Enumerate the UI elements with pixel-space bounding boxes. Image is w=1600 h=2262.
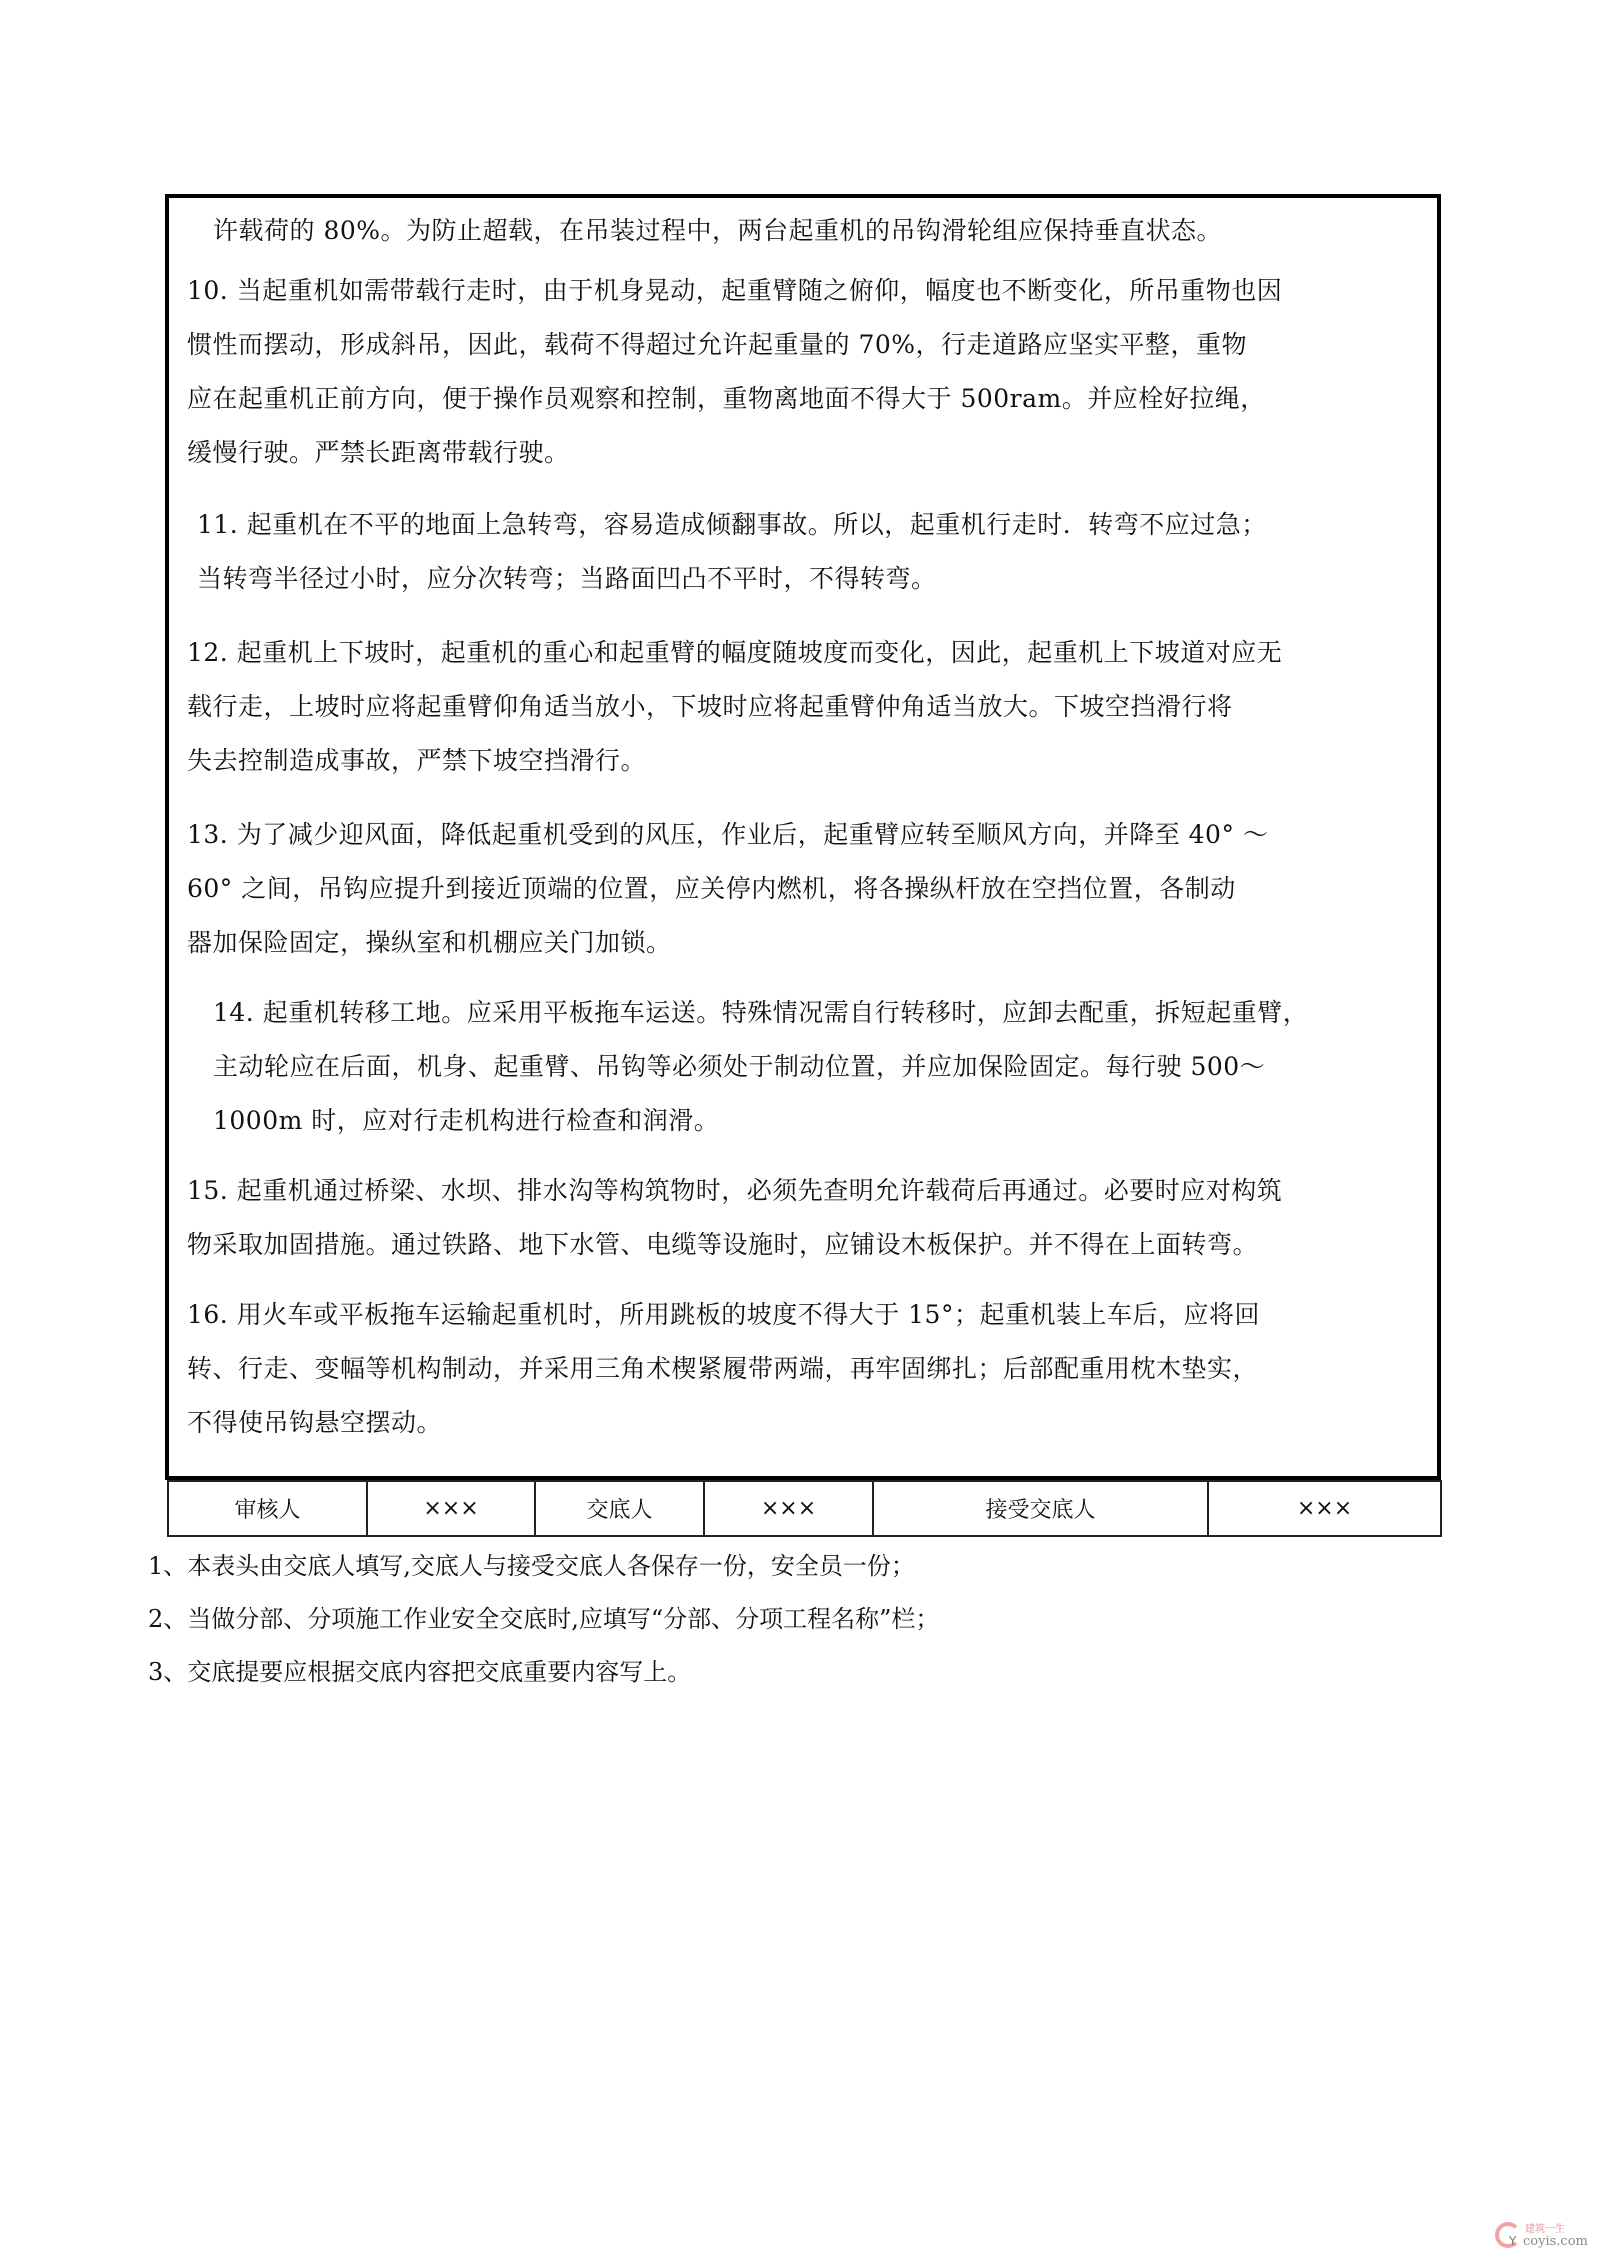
signature-table: 审核人 ××× 交底人 ××× 接受交底人 ××× xyxy=(167,1480,1442,1537)
paragraph-item-13: 13. 为了减少迎风面，降低起重机受到的风压，作业后，起重臂应转至顺风方向，并降… xyxy=(187,808,1437,970)
paragraph-item-14: 14. 起重机转移工地。应采用平板拖车运送。特殊情况需自行转移时，应卸去配重，拆… xyxy=(213,986,1437,1148)
paragraph-line: 15. 起重机通过桥梁、水坝、排水沟等构筑物时，必须先查明允许载荷后再通过。必要… xyxy=(187,1164,1437,1218)
paragraph-line: 13. 为了减少迎风面，降低起重机受到的风压，作业后，起重臂应转至顺风方向，并降… xyxy=(187,808,1437,862)
paragraph-line: 14. 起重机转移工地。应采用平板拖车运送。特殊情况需自行转移时，应卸去配重，拆… xyxy=(213,986,1437,1040)
receiver-label: 接受交底人 xyxy=(873,1481,1208,1536)
footer-notes: 1、本表头由交底人填写,交底人与接受交底人各保存一份，安全员一份； 2、当做分部… xyxy=(148,1540,939,1699)
paragraph-line: 1000m 时，应对行走机构进行检查和润滑。 xyxy=(213,1094,1437,1148)
receiver-value: ××× xyxy=(1208,1481,1441,1536)
paragraph-line: 失去控制造成事故，严禁下坡空挡滑行。 xyxy=(187,734,1437,788)
paragraph-line: 60° 之间，吊钩应提升到接近顶端的位置，应关停内燃机，将各操纵杆放在空挡位置，… xyxy=(187,862,1437,916)
paragraph-line: 惯性而摆动，形成斜吊，因此，载荷不得超过允许起重量的 70%，行走道路应坚实平整… xyxy=(187,318,1437,372)
paragraph-line: 器加保险固定，操纵室和机棚应关门加锁。 xyxy=(187,916,1437,970)
paragraph-line: 11. 起重机在不平的地面上急转弯，容易造成倾翻事故。所以，起重机行走时．转弯不… xyxy=(197,498,1437,552)
discloser-label: 交底人 xyxy=(535,1481,704,1536)
paragraph-line: 主动轮应在后面，机身、起重臂、吊钩等必须处于制动位置，并应加保险固定。每行驶 5… xyxy=(213,1040,1437,1094)
watermark-brand: 建筑一生 xyxy=(1525,2220,1565,2235)
watermark-logo-letter: Y xyxy=(1509,2234,1516,2248)
signature-row: 审核人 ××× 交底人 ××× 接受交底人 ××× xyxy=(168,1481,1441,1536)
paragraph-cont-9: 许载荷的 80%。为防止超载，在吊装过程中，两台起重机的吊钩滑轮组应保持垂直状态… xyxy=(213,204,1437,258)
paragraph-item-12: 12. 起重机上下坡时，起重机的重心和起重臂的幅度随坡度而变化，因此，起重机上下… xyxy=(187,626,1437,788)
safety-disclosure-content-box: 许载荷的 80%。为防止超载，在吊装过程中，两台起重机的吊钩滑轮组应保持垂直状态… xyxy=(165,194,1441,1480)
paragraph-item-11: 11. 起重机在不平的地面上急转弯，容易造成倾翻事故。所以，起重机行走时．转弯不… xyxy=(197,498,1437,606)
paragraph-line: 12. 起重机上下坡时，起重机的重心和起重臂的幅度随坡度而变化，因此，起重机上下… xyxy=(187,626,1437,680)
watermark: Y 建筑一生 coyis.com xyxy=(1495,2220,1595,2256)
paragraph-line: 载行走，上坡时应将起重臂仰角适当放小，下坡时应将起重臂仲角适当放大。下坡空挡滑行… xyxy=(187,680,1437,734)
reviewer-value: ××× xyxy=(367,1481,535,1536)
paragraph-item-10: 10. 当起重机如需带载行走时，由于机身晃动，起重臂随之俯仰，幅度也不断变化，所… xyxy=(187,264,1437,480)
note-item: 2、当做分部、分项施工作业安全交底时,应填写“分部、分项工程名称”栏； xyxy=(148,1593,939,1646)
paragraph-item-16: 16. 用火车或平板拖车运输起重机时，所用跳板的坡度不得大于 15°；起重机装上… xyxy=(187,1288,1437,1450)
paragraph-line: 许载荷的 80%。为防止超载，在吊装过程中，两台起重机的吊钩滑轮组应保持垂直状态… xyxy=(213,204,1437,258)
paragraph-line: 16. 用火车或平板拖车运输起重机时，所用跳板的坡度不得大于 15°；起重机装上… xyxy=(187,1288,1437,1342)
reviewer-label: 审核人 xyxy=(168,1481,367,1536)
paragraph-line: 当转弯半径过小时，应分次转弯；当路面凹凸不平时，不得转弯。 xyxy=(197,552,1437,606)
watermark-url: coyis.com xyxy=(1523,2234,1588,2249)
paragraph-line: 物采取加固措施。通过铁路、地下水管、电缆等设施时，应铺设木板保护。并不得在上面转… xyxy=(187,1218,1437,1272)
paragraph-item-15: 15. 起重机通过桥梁、水坝、排水沟等构筑物时，必须先查明允许载荷后再通过。必要… xyxy=(187,1164,1437,1272)
note-item: 3、交底提要应根据交底内容把交底重要内容写上。 xyxy=(148,1646,939,1699)
paragraph-line: 10. 当起重机如需带载行走时，由于机身晃动，起重臂随之俯仰，幅度也不断变化，所… xyxy=(187,264,1437,318)
paragraph-line: 转、行走、变幅等机构制动，并采用三角术楔紧履带两端，再牢固绑扎；后部配重用枕木垫… xyxy=(187,1342,1437,1396)
note-item: 1、本表头由交底人填写,交底人与接受交底人各保存一份，安全员一份； xyxy=(148,1540,939,1593)
paragraph-line: 不得使吊钩悬空摆动。 xyxy=(187,1396,1437,1450)
paragraph-line: 应在起重机正前方向，便于操作员观察和控制，重物离地面不得大于 500ram。并应… xyxy=(187,372,1437,426)
paragraph-line: 缓慢行驶。严禁长距离带载行驶。 xyxy=(187,426,1437,480)
discloser-value: ××× xyxy=(704,1481,873,1536)
watermark-logo-icon xyxy=(1495,2222,1521,2248)
